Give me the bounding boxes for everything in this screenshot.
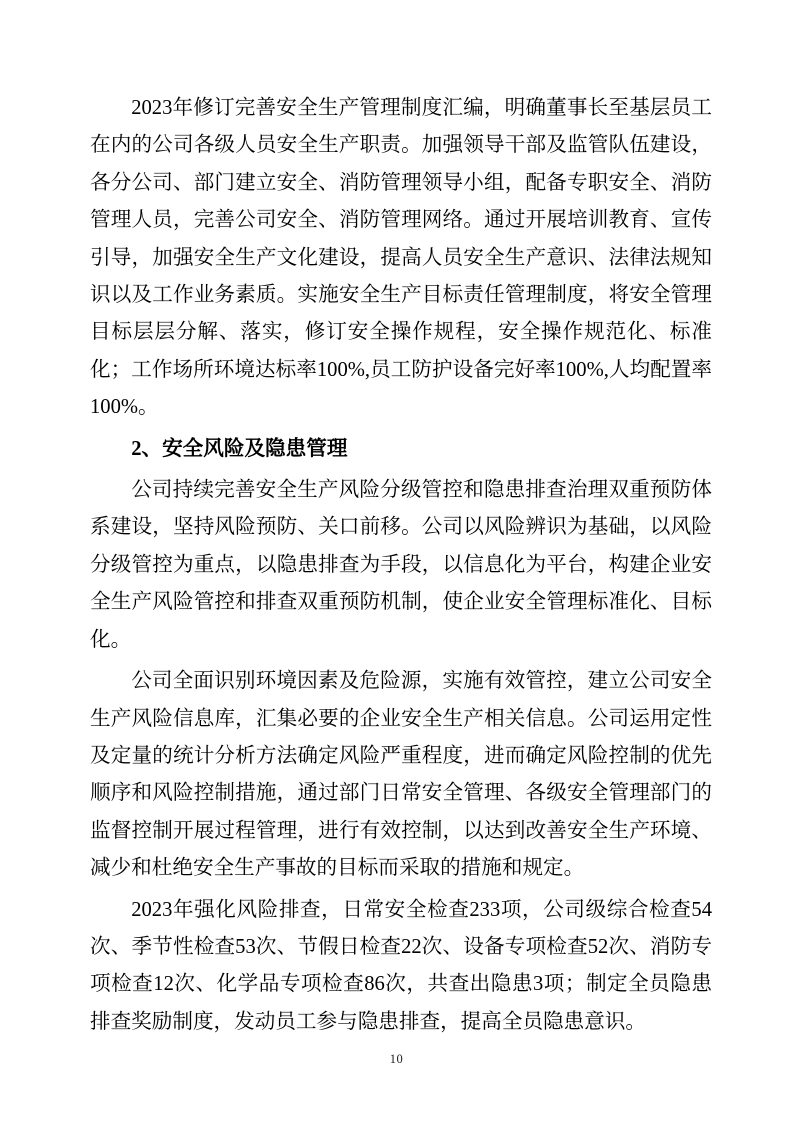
page-footer: 10 [0,1050,793,1068]
document-page: 2023年修订完善安全生产管理制度汇编，明确董事长至基层员工在内的公司各级人员安… [0,0,793,1122]
section-heading-risk-hazard-management: 2、安全风险及隐患管理 [90,431,712,468]
paragraph-risk-identification-control: 公司全面识别环境因素及危险源，实施有效管控，建立公司安全生产风险信息库，汇集必要… [90,663,712,887]
paragraph-safety-system-revision: 2023年修订完善安全生产管理制度汇编，明确董事长至基层员工在内的公司各级人员安… [90,90,712,427]
paragraph-dual-prevention-system: 公司持续完善安全生产风险分级管控和隐患排查治理双重预防体系建设，坚持风险预防、关… [90,472,712,659]
page-number: 10 [390,1052,404,1066]
paragraph-risk-inspection-2023: 2023年强化风险排查，日常安全检查233项，公司级综合检查54次、季节性检查5… [90,892,712,1042]
page-content: 2023年修订完善安全生产管理制度汇编，明确董事长至基层员工在内的公司各级人员安… [90,90,712,1045]
